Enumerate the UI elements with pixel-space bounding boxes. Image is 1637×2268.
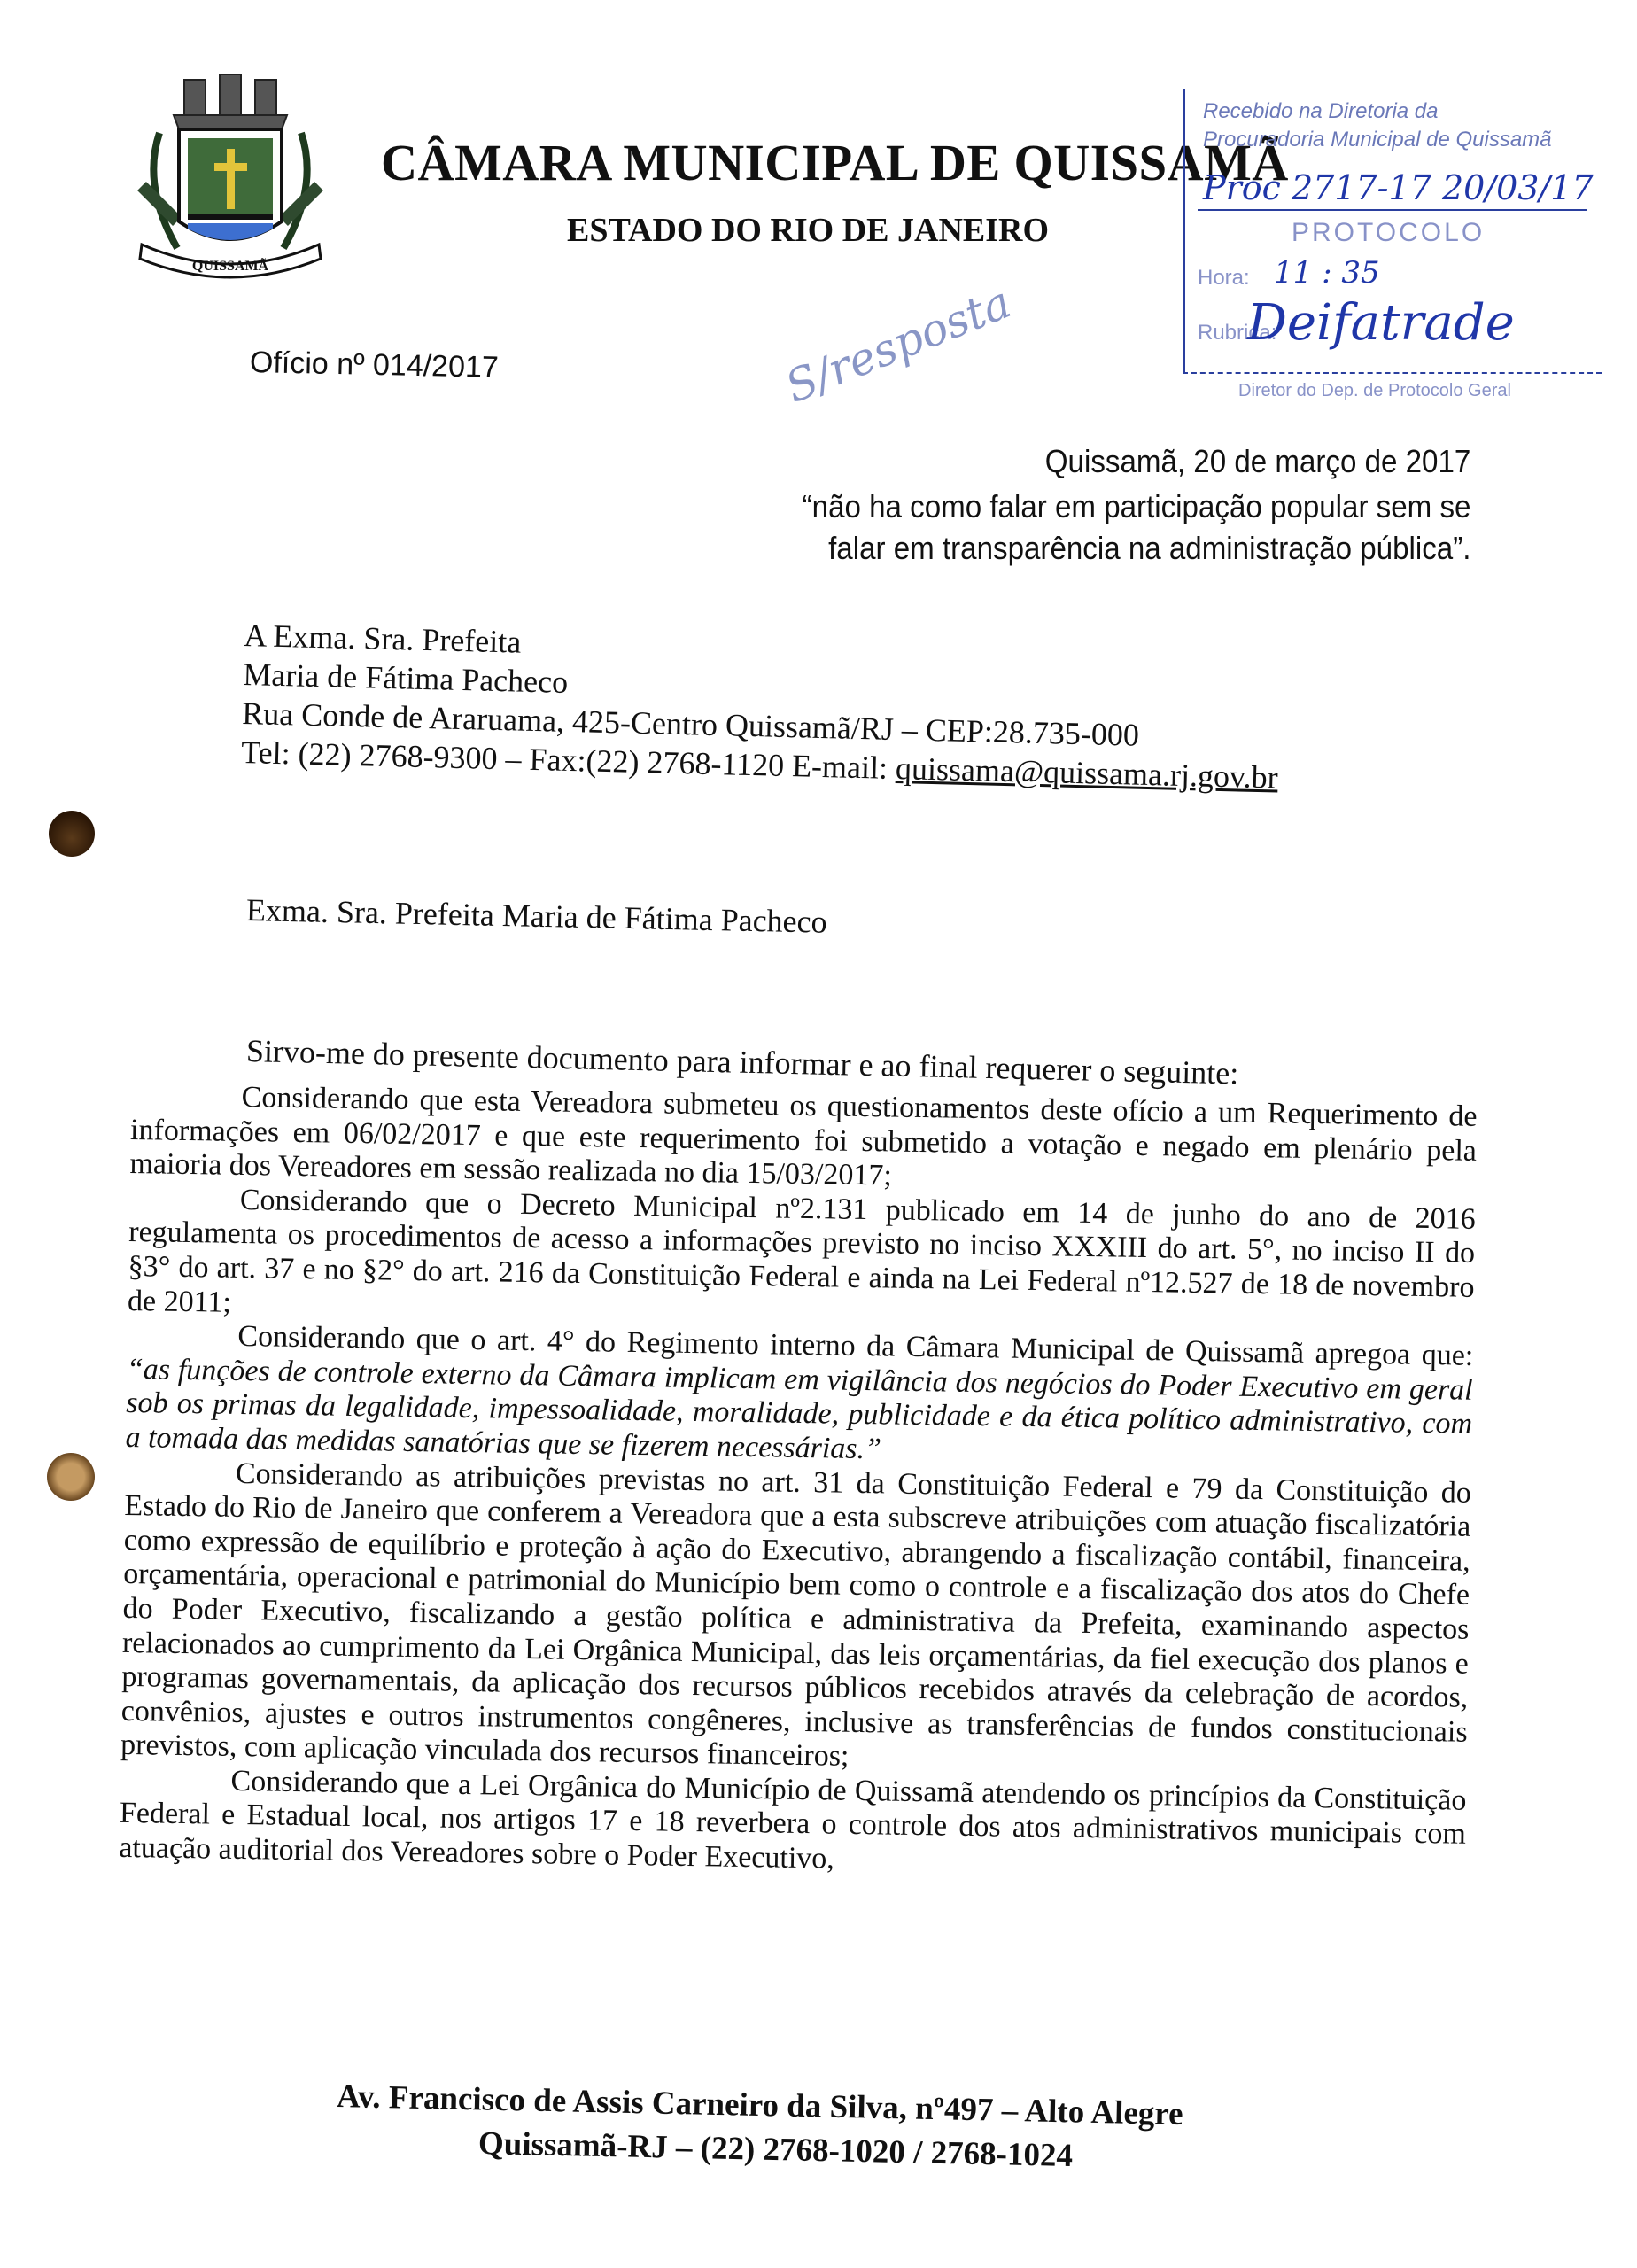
- epigraph-line1: “não ha como falar em participação popul…: [802, 485, 1470, 527]
- stamp-header-line1: Recebido na Diretoria da: [1203, 99, 1439, 124]
- stamp-header-line2: Procuradoria Municipal de Quissamã: [1203, 128, 1552, 152]
- footer-phones: Quissamã-RJ – (22) 2768-1020 / 2768-1024: [478, 2124, 1074, 2175]
- paragraph-4: Considerando as atribuições previstas no…: [120, 1455, 1471, 1783]
- paragraph-2: Considerando que o Decreto Municipal nº2…: [128, 1182, 1476, 1340]
- document-date: Quissamã, 20 de março de 2017: [1044, 443, 1470, 480]
- stamp-signature: Deifatrade: [1247, 294, 1515, 352]
- handwritten-note: S/resposta: [779, 276, 1018, 413]
- recipient-email-link[interactable]: quissama@quissama.rj.gov.br: [896, 750, 1279, 796]
- svg-text:QUISSAMÃ: QUISSAMÃ: [192, 257, 269, 274]
- epigraph-line2: falar em transparência na administração …: [802, 527, 1470, 569]
- epigraph: “não ha como falar em participação popul…: [802, 485, 1470, 569]
- institution-title: CÂMARA MUNICIPAL DE QUISSAMÃ: [381, 133, 1289, 192]
- stamp-protocol-number: Proc 2717-17 20/03/17: [1203, 168, 1594, 207]
- footer-address: Av. Francisco de Assis Carneiro da Silva…: [337, 2078, 1183, 2133]
- letter-body: Considerando que esta Vereadora submeteu…: [119, 1079, 1478, 1886]
- punch-hole: [47, 1453, 95, 1501]
- municipal-coat-of-arms-icon: QUISSAMÃ: [124, 71, 337, 283]
- oficio-number: Ofício nº 014/2017: [250, 346, 500, 385]
- stamp-footer: Diretor do Dep. de Protocolo Geral: [1238, 381, 1511, 401]
- paragraph-5: Considerando que a Lei Orgânica do Munic…: [119, 1763, 1467, 1887]
- stamp-hora-value: 11 : 35: [1274, 255, 1380, 291]
- protocol-stamp: Recebido na Diretoria da Procuradoria Mu…: [1183, 89, 1602, 374]
- punch-hole: [49, 811, 95, 857]
- state-subtitle: ESTADO DO RIO DE JANEIRO: [567, 211, 1049, 250]
- greeting: Exma. Sra. Prefeita Maria de Fátima Pach…: [246, 891, 828, 941]
- stamp-label: PROTOCOLO: [1292, 218, 1485, 248]
- recipient-address: A Exma. Sra. Prefeita Maria de Fátima Pa…: [241, 616, 1282, 797]
- stamp-hora-label: Hora:: [1198, 266, 1250, 291]
- paragraph-3: Considerando que o art. 4° do Regimento …: [125, 1318, 1473, 1476]
- regimento-quote: “as funções de controle externo da Câmar…: [125, 1353, 1473, 1466]
